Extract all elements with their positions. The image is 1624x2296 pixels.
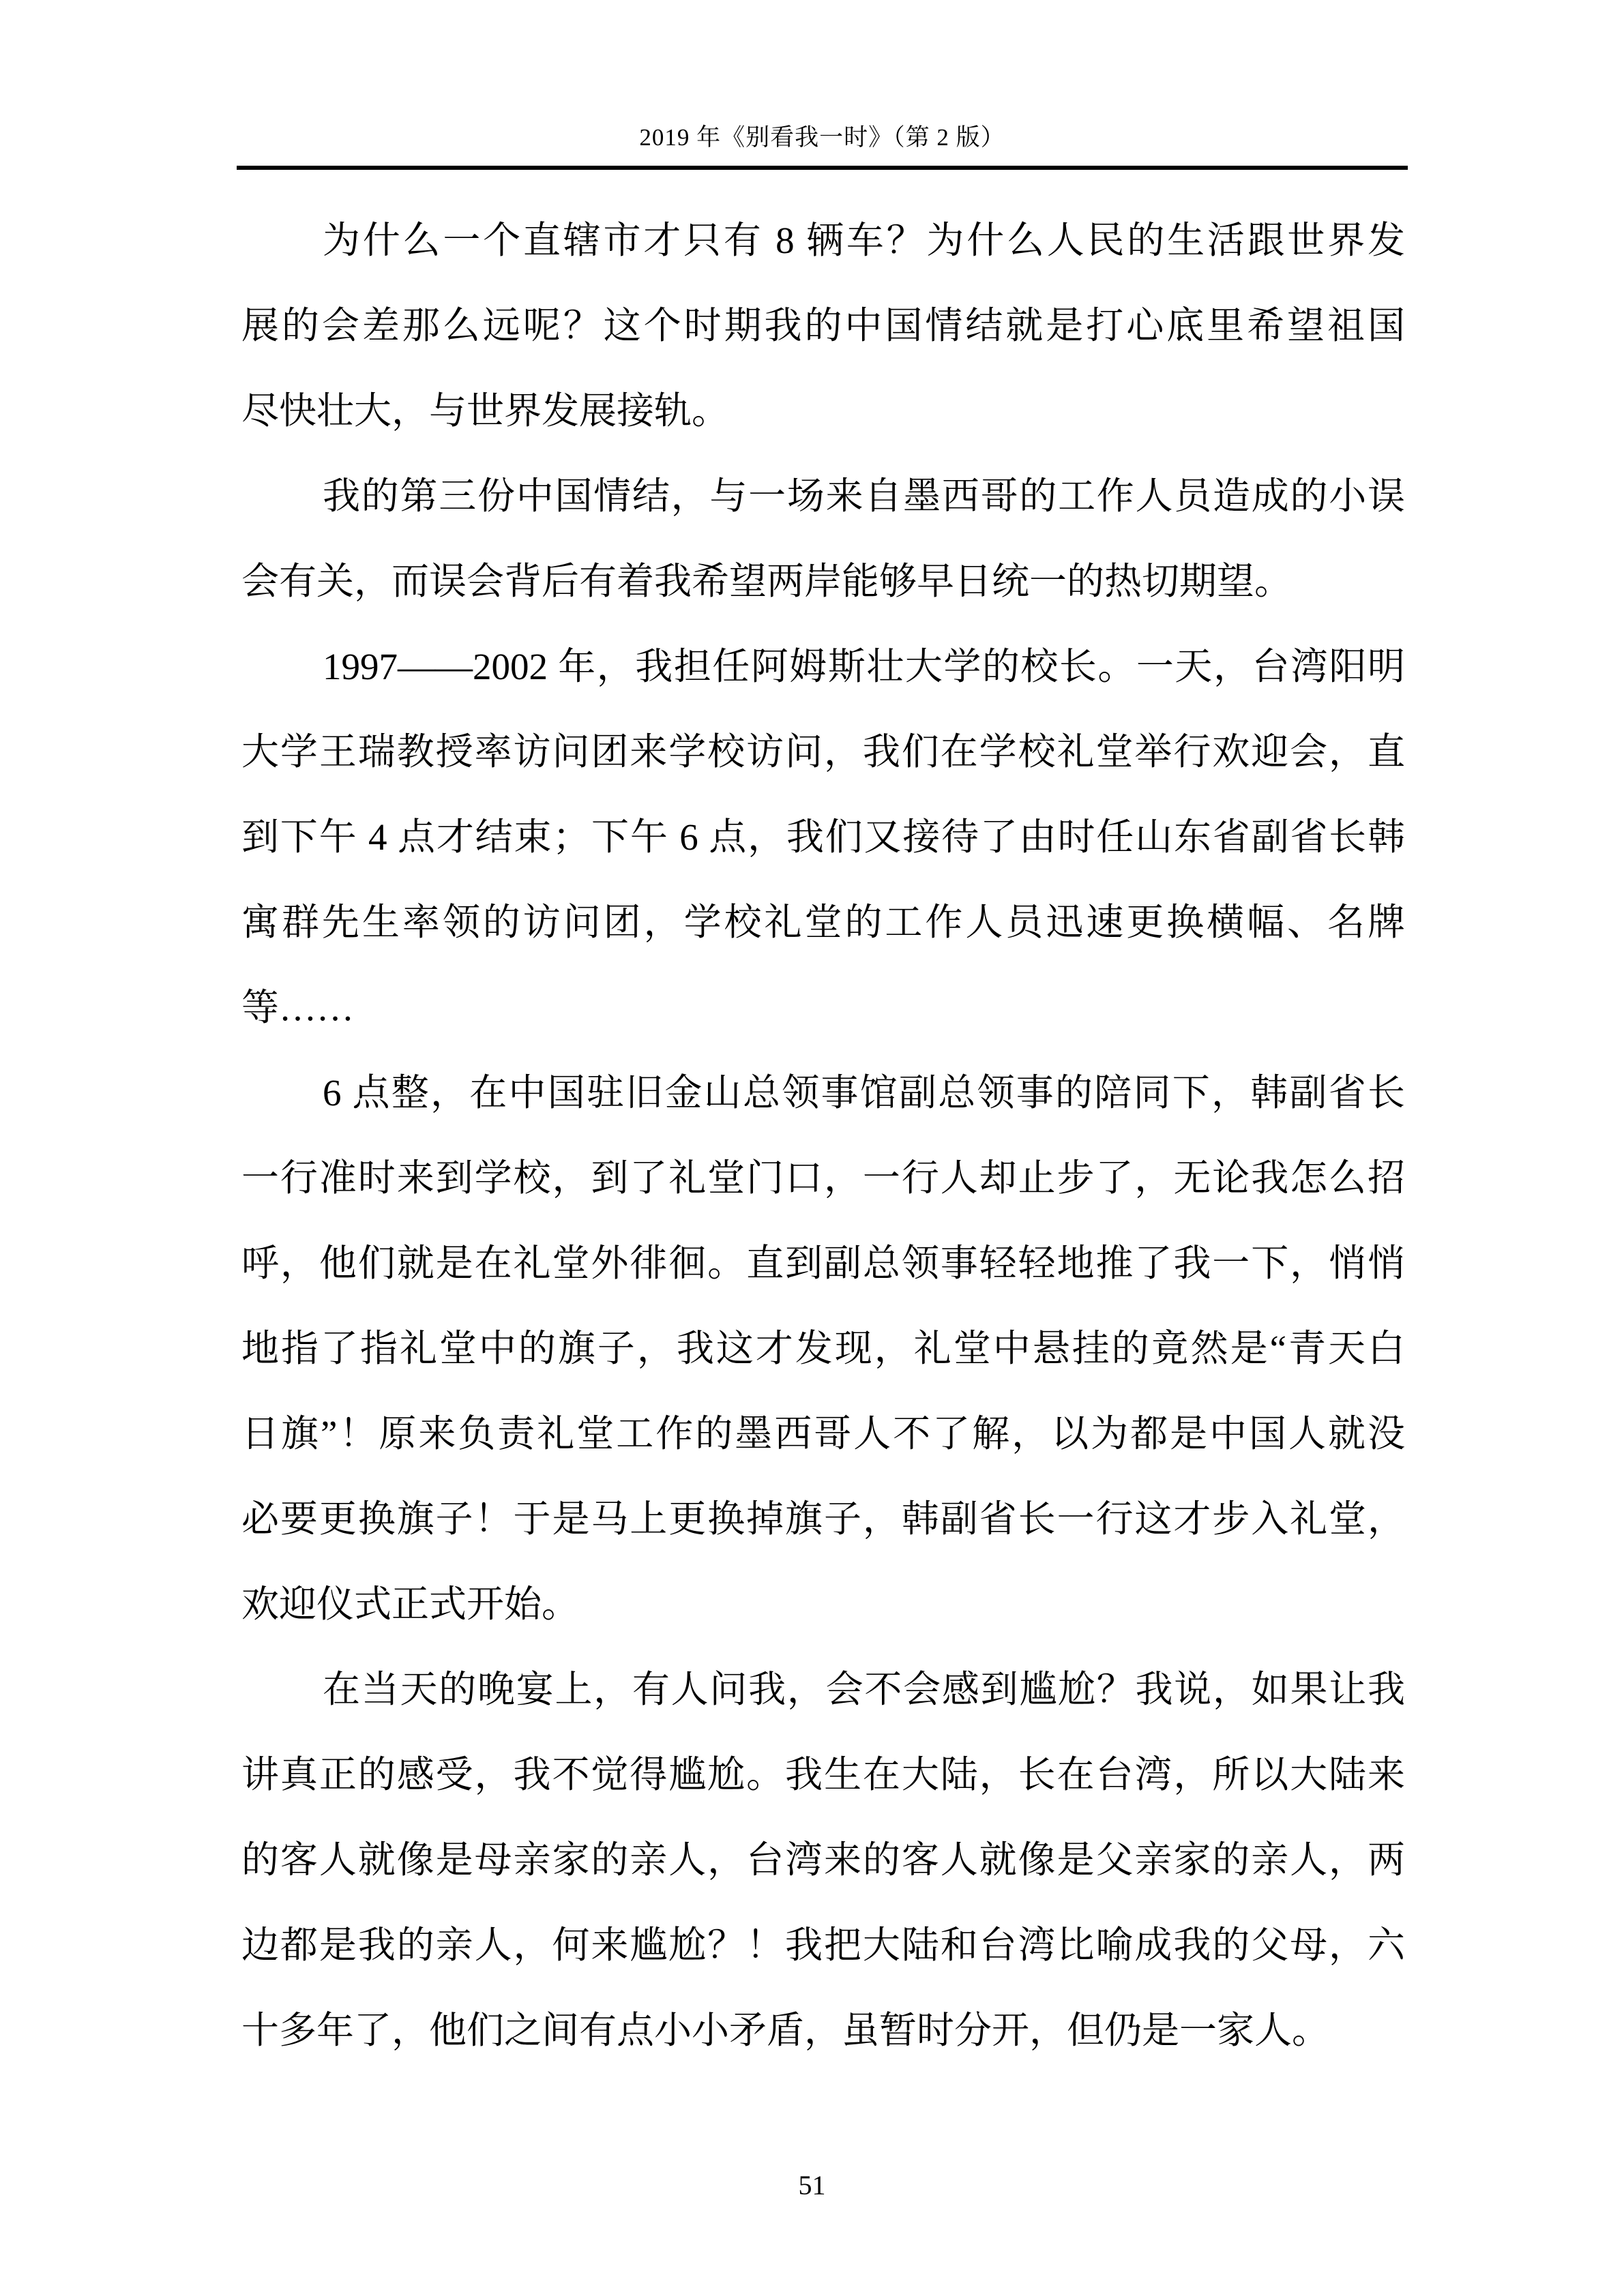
text-line: 1997——2002 年，我担任阿姆斯壮大学的校长。一天，台湾阳明	[241, 624, 1405, 709]
text-line: 我的第三份中国情结，与一场来自墨西哥的工作人员造成的小误	[241, 453, 1405, 539]
page-number: 51	[799, 2170, 826, 2201]
text-line: 到下午 4 点才结束；下午 6 点，我们又接待了由时任山东省副省长韩	[241, 794, 1405, 880]
page-footer: 51	[0, 2170, 1624, 2201]
text-line: 欢迎仪式正式开始。	[241, 1562, 1405, 1647]
text-line: 的客人就像是母亲家的亲人，台湾来的客人就像是父亲家的亲人，两	[241, 1817, 1405, 1903]
text-line: 呼，他们就是在礼堂外徘徊。直到副总领事轻轻地推了我一下，悄悄	[241, 1221, 1405, 1306]
text-line: 在当天的晚宴上，有人问我，会不会感到尴尬？我说，如果让我	[241, 1647, 1405, 1732]
header-title: 2019 年《别看我一时》（第 2 版）	[237, 123, 1408, 153]
text-line: 一行准时来到学校，到了礼堂门口，一行人却止步了，无论我怎么招	[241, 1135, 1405, 1221]
text-line: 日旗”！原来负责礼堂工作的墨西哥人不了解，以为都是中国人就没	[241, 1391, 1405, 1476]
text-line: 必要更换旗子！于是马上更换掉旗子，韩副省长一行这才步入礼堂，	[241, 1476, 1405, 1562]
text-line: 等……	[241, 965, 1405, 1050]
text-line: 6 点整，在中国驻旧金山总领事馆副总领事的陪同下，韩副省长	[241, 1050, 1405, 1135]
text-line: 展的会差那么远呢？这个时期我的中国情结就是打心底里希望祖国	[241, 283, 1405, 368]
document-body: 为什么一个直辖市才只有 8 辆车？为什么人民的生活跟世界发展的会差那么远呢？这个…	[241, 198, 1405, 2073]
header-rule	[237, 166, 1408, 170]
page-header: 2019 年《别看我一时》（第 2 版）	[237, 0, 1408, 177]
text-line: 大学王瑞教授率访问团来学校访问，我们在学校礼堂举行欢迎会，直	[241, 709, 1405, 794]
text-line: 边都是我的亲人，何来尴尬？！我把大陆和台湾比喻成我的父母，六	[241, 1903, 1405, 1988]
document-page: 2019 年《别看我一时》（第 2 版） 为什么一个直辖市才只有 8 辆车？为什…	[0, 0, 1624, 2296]
text-line: 十多年了，他们之间有点小小矛盾，虽暂时分开，但仍是一家人。	[241, 1988, 1405, 2073]
text-line: 尽快壮大，与世界发展接轨。	[241, 368, 1405, 453]
text-line: 讲真正的感受，我不觉得尴尬。我生在大陆，长在台湾，所以大陆来	[241, 1732, 1405, 1817]
text-line: 寓群先生率领的访问团，学校礼堂的工作人员迅速更换横幅、名牌	[241, 880, 1405, 965]
text-line: 会有关，而误会背后有着我希望两岸能够早日统一的热切期望。	[241, 539, 1405, 624]
text-line: 地指了指礼堂中的旗子，我这才发现，礼堂中悬挂的竟然是“青天白	[241, 1306, 1405, 1391]
text-line: 为什么一个直辖市才只有 8 辆车？为什么人民的生活跟世界发	[241, 198, 1405, 283]
